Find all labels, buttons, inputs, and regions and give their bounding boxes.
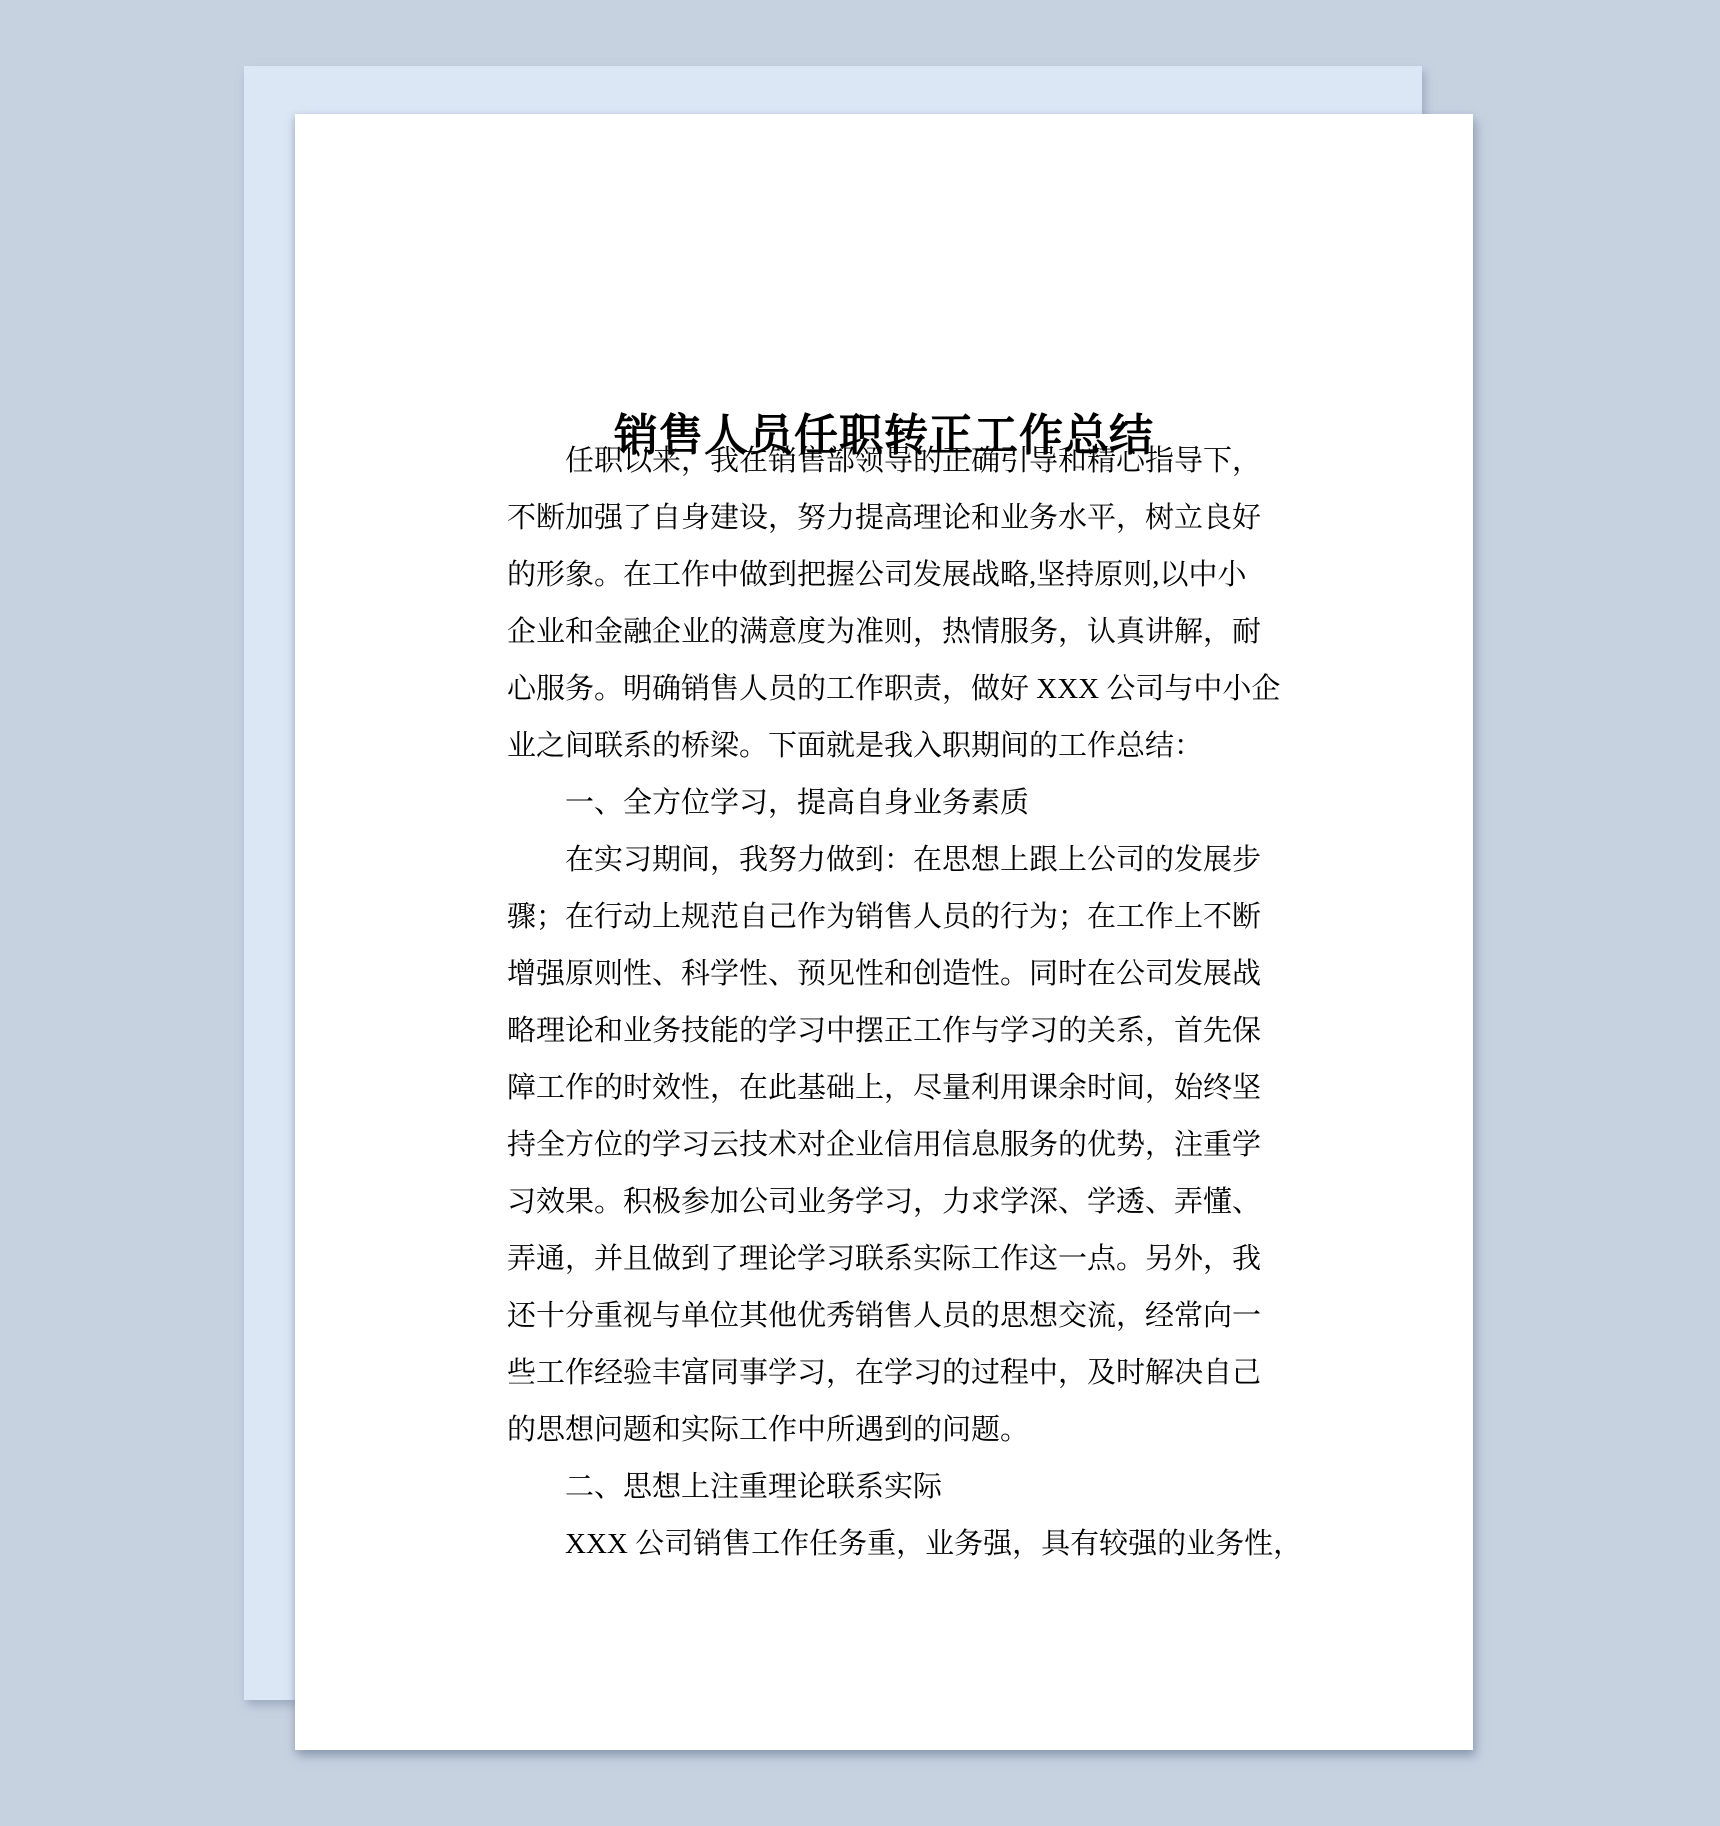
- text-line: 障工作的时效性，在此基础上，尽量利用课余时间，始终坚: [507, 1060, 1261, 1117]
- text-line: 增强原则性、科学性、预见性和创造性。同时在公司发展战: [507, 946, 1261, 1003]
- text-line: 的思想问题和实际工作中所遇到的问题。: [507, 1402, 1261, 1459]
- desktop-background: { "theme": { "background_color": "#c7d2e…: [0, 0, 1720, 1826]
- text-line-heading: 二、思想上注重理论联系实际: [507, 1459, 1261, 1516]
- text-line: 骤；在行动上规范自己作为销售人员的行为；在工作上不断: [507, 889, 1261, 946]
- text-line: 企业和金融企业的满意度为准则，热情服务，认真讲解，耐: [507, 604, 1261, 661]
- text-line: 任职以来，我在销售部领导的正确引导和精心指导下，: [507, 433, 1261, 490]
- text-line: 持全方位的学习云技术对企业信用信息服务的优势，注重学: [507, 1117, 1261, 1174]
- text-line: 不断加强了自身建设，努力提高理论和业务水平，树立良好: [507, 490, 1261, 547]
- text-line: 的形象。在工作中做到把握公司发展战略,坚持原则,以中小: [507, 547, 1261, 604]
- text-line: 心服务。明确销售人员的工作职责，做好 XXX 公司与中小企: [507, 661, 1261, 718]
- text-line: 在实习期间，我努力做到：在思想上跟上公司的发展步: [507, 832, 1261, 889]
- text-line: 业之间联系的桥梁。下面就是我入职期间的工作总结：: [507, 718, 1261, 775]
- document-body: 任职以来，我在销售部领导的正确引导和精心指导下， 不断加强了自身建设，努力提高理…: [507, 433, 1261, 1573]
- text-line: 弄通，并且做到了理论学习联系实际工作这一点。另外，我: [507, 1231, 1261, 1288]
- text-line: 还十分重视与单位其他优秀销售人员的思想交流，经常向一: [507, 1288, 1261, 1345]
- text-line: XXX 公司销售工作任务重，业务强，具有较强的业务性，: [507, 1516, 1261, 1573]
- document-page: 销售人员任职转正工作总结 任职以来，我在销售部领导的正确引导和精心指导下， 不断…: [295, 114, 1473, 1750]
- text-line: 些工作经验丰富同事学习，在学习的过程中，及时解决自己: [507, 1345, 1261, 1402]
- text-line-heading: 一、全方位学习，提高自身业务素质: [507, 775, 1261, 832]
- text-line: 略理论和业务技能的学习中摆正工作与学习的关系，首先保: [507, 1003, 1261, 1060]
- text-line: 习效果。积极参加公司业务学习，力求学深、学透、弄懂、: [507, 1174, 1261, 1231]
